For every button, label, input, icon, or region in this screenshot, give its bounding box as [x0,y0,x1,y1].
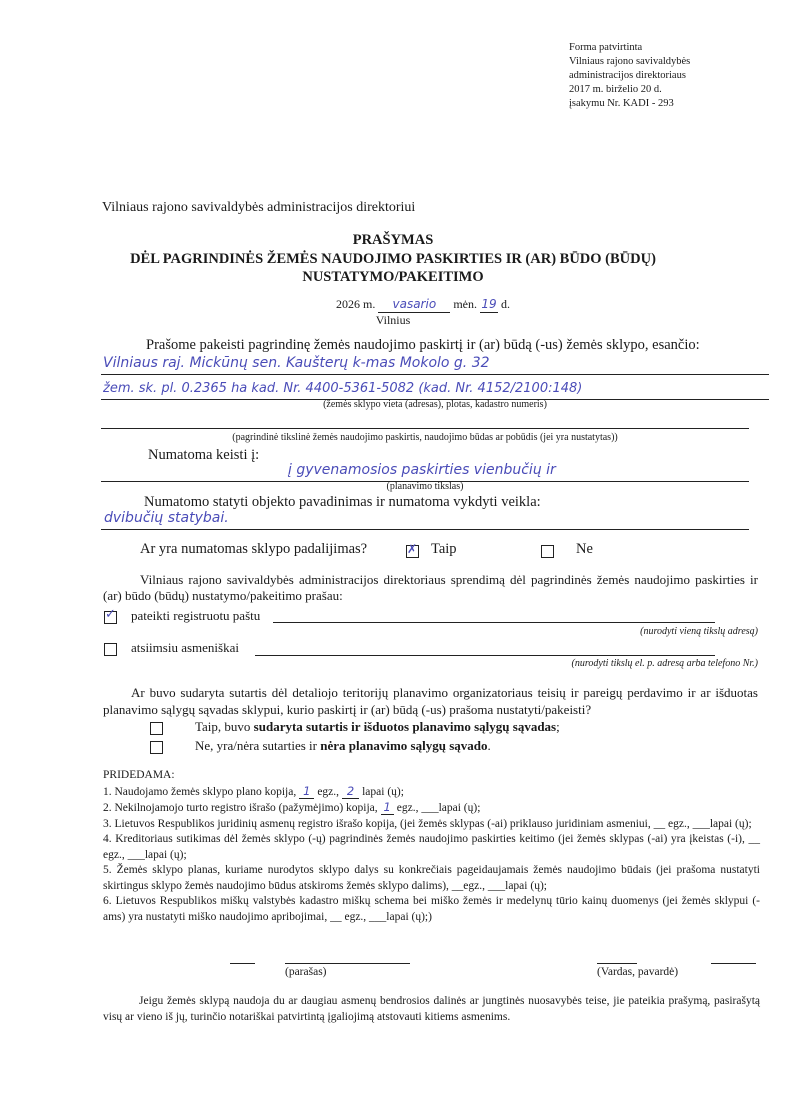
plot-request-text: Prašome pakeisti pagrindinę žemės naudoj… [146,337,700,354]
signature-line-part [230,963,255,964]
signature-line[interactable] [285,963,410,964]
name-caption: (Vardas, pavardė) [597,966,678,978]
attachment-1-pages[interactable]: 2 [342,784,359,799]
addressee: Vilniaus rajono savivaldybės administrac… [102,200,415,216]
attachment-2-copies[interactable]: 1 [381,800,394,815]
delivery-pickup-caption: (nurodyti tikslų el. p. adresą arba tele… [572,658,758,669]
plot-address-underline [101,374,769,375]
document-title: PRAŠYMAS [0,231,786,250]
signature-caption: (parašas) [285,966,327,978]
change-to-caption: (planavimo tikslas) [101,481,749,492]
delivery-mail-checkbox[interactable] [104,611,117,624]
object-underline [101,529,749,530]
attachment-item-6: 6. Lietuvos Respublikos miškų valstybės … [103,894,760,925]
approval-line: 2017 m. birželio 20 d. [569,83,690,97]
attachment-item-2: 2. Nekilnojamojo turto registro išrašo (… [103,800,760,817]
division-question: Ar yra numatomas sklypo padalijimas? [140,541,367,558]
attachment-item-1: 1. Naudojamo žemės sklypo plano kopija, … [103,784,760,801]
attachment-item-5: 5. Žemės sklypo planas, kuriame nurodyto… [103,863,760,894]
footer-note: Jeigu žemės sklypą naudoja du ar daugiau… [103,994,760,1025]
date-year: 2026 m. [336,297,375,311]
attachment-1-copies[interactable]: 1 [299,784,314,799]
approval-line: Vilniaus rajono savivaldybės [569,55,690,69]
division-no-label: Ne [576,541,593,558]
plot-address-line1[interactable]: Vilniaus raj. Mickūnų sen. Kaušterų k-ma… [103,355,771,371]
division-no-checkbox[interactable] [541,545,554,558]
delivery-mail-caption: (nurodyti vieną tikslų adresą) [640,626,758,637]
contract-yes-checkbox[interactable] [150,722,163,735]
plot-address-line2[interactable]: žem. sk. pl. 0.2365 ha kad. Nr. 4400-536… [103,381,771,396]
division-yes-checkbox[interactable] [406,545,419,558]
name-line[interactable] [597,963,637,964]
purpose-underline[interactable] [101,428,749,429]
approval-line: Forma patvirtinta [569,41,690,55]
name-line-part [711,963,756,964]
attachment-item-4: 4. Kreditoriaus sutikimas dėl žemės skly… [103,832,760,863]
delivery-pickup-label: atsiimsiu asmeniškai [131,640,239,656]
contract-question: Ar buvo sudaryta sutartis dėl detaliojo … [103,684,758,718]
attachment-item-3: 3. Lietuvos Respublikos juridinių asmenų… [103,817,760,833]
contract-yes-label: Taip, buvo sudaryta sutartis ir išduotos… [195,719,560,735]
object-label: Numatomo statyti objekto pavadinimas ir … [144,494,541,511]
delivery-pickup-contact-field[interactable] [255,655,715,656]
approval-line: administracijos direktoriaus [569,69,690,83]
document-subtitle: DĖL PAGRINDINĖS ŽEMĖS NAUDOJIMO PASKIRTI… [0,250,786,269]
contract-no-checkbox[interactable] [150,741,163,754]
approval-line: įsakymu Nr. KADI - 293 [569,97,690,111]
date-place: Vilnius [0,313,786,328]
change-to-label: Numatoma keisti į: [148,447,259,464]
division-yes-label: Taip [431,541,457,558]
attachments-heading: PRIDEDAMA: [103,768,760,784]
document-subtitle-2: NUSTATYMO/PAKEITIMO [0,268,786,287]
attachments-list: PRIDEDAMA: 1. Naudojamo žemės sklypo pla… [103,768,760,925]
date-month-field[interactable]: vasario [378,297,450,313]
change-to-value[interactable]: į gyvenamosios paskirties vienbučių ir [288,462,556,478]
object-value[interactable]: dvibučių statybai. [104,510,229,526]
purpose-caption: (pagrindinė tikslinė žemės naudojimo pas… [101,432,749,443]
delivery-mail-address-field[interactable] [273,622,715,623]
date-line: 2026 m. vasario mėn. 19 d. [336,297,510,313]
date-day-field[interactable]: 19 [480,297,498,313]
contract-no-label: Ne, yra/nėra sutarties ir nėra planavimo… [195,738,491,754]
delivery-intro: Vilniaus rajono savivaldybės administrac… [103,572,758,604]
delivery-pickup-checkbox[interactable] [104,643,117,656]
plot-caption: (žemės sklypo vieta (adresas), plotas, k… [101,399,769,410]
approval-note: Forma patvirtinta Vilniaus rajono saviva… [569,41,690,111]
delivery-mail-label: pateikti registruotu paštu [131,608,260,624]
